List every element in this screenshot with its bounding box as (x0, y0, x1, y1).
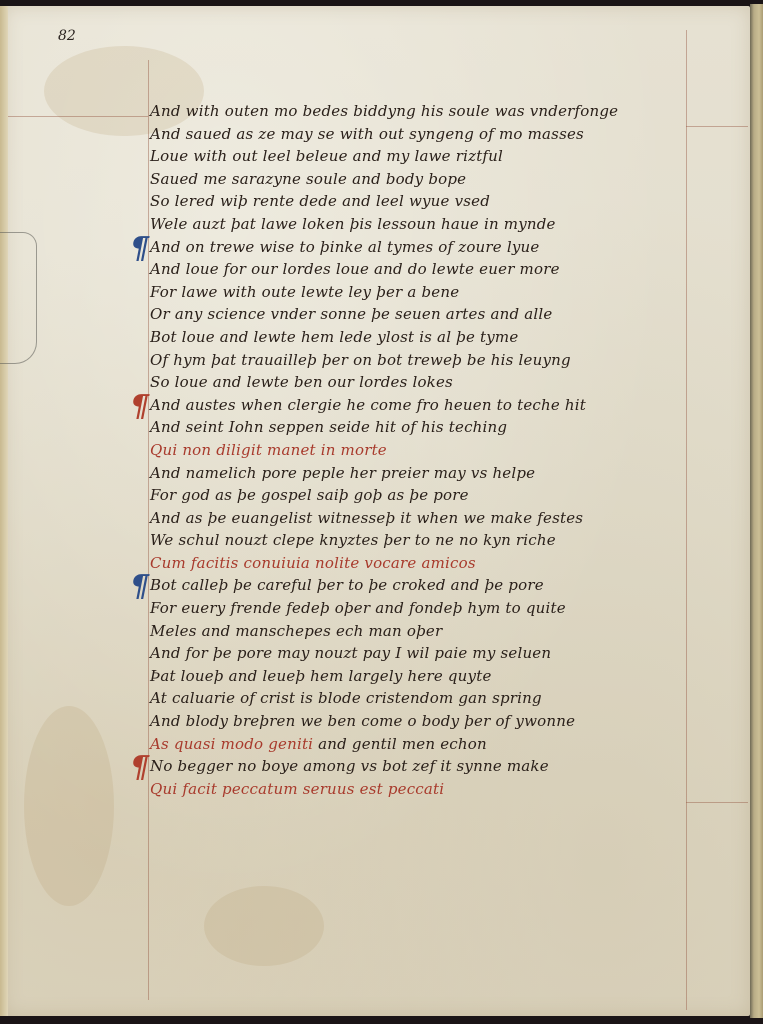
red-paragraph-mark-icon: ¶ (130, 392, 149, 422)
text-line: And blody breþren we ben come o body þer… (150, 710, 730, 733)
text-line: For lawe with oute lewte ley þer a bene (150, 281, 730, 304)
text-line: And seint Iohn seppen seide hit of his t… (150, 416, 730, 439)
stain (204, 886, 324, 966)
text-line: Meles and manschepes ech man oþer (150, 620, 730, 643)
text-line: And for þe pore may nouzt pay I wil paie… (150, 642, 730, 665)
page-left-edge (0, 6, 8, 1016)
text-line: So loue and lewte ben our lordes lokes (150, 371, 730, 394)
bottom-ruling-line-right (686, 802, 748, 803)
left-ruling-line (148, 60, 149, 1000)
text-line: Bot loue and lewte hem lede ylost is al … (150, 326, 730, 349)
rubric-line: Qui non diligit manet in morte (150, 439, 730, 462)
text-line: And with outen mo bedes biddyng his soul… (150, 100, 730, 123)
rubric-segment: As quasi modo geniti (150, 735, 313, 753)
top-ruling-line-left (8, 116, 148, 117)
text-line: And loue for our lordes loue and do lewt… (150, 258, 730, 281)
red-paragraph-mark-icon: ¶ (130, 753, 149, 783)
text-line: Wele auzt þat lawe loken þis lessoun hau… (150, 213, 730, 236)
text-line: Or any science vnder sonne þe seuen arte… (150, 303, 730, 326)
blue-paragraph-mark-icon: ¶ (130, 572, 149, 602)
text-line: For euery frende fedeþ oþer and fondeþ h… (150, 597, 730, 620)
stain (24, 706, 114, 906)
text-line: Saued me sarazyne soule and body bope (150, 168, 730, 191)
page-clip (0, 232, 37, 364)
text-line: And namelich pore peple her preier may v… (150, 462, 730, 485)
rubric-line: Cum facitis conuiuia nolite vocare amico… (150, 552, 730, 575)
text-line: So lered wiþ rente dede and leel wyue vs… (150, 190, 730, 213)
text-line: And as þe euangelist witnesseþ it when w… (150, 507, 730, 530)
rubric-line: Qui facit peccatum seruus est peccati (150, 778, 730, 801)
text-line: ¶No begger no boye among vs bot zef it s… (150, 755, 730, 778)
manuscript-text: And with outen mo bedes biddyng his soul… (150, 100, 730, 800)
text-line: At caluarie of crist is blode cristendom… (150, 687, 730, 710)
text-line: Loue with out leel beleue and my lawe ri… (150, 145, 730, 168)
blue-paragraph-mark-icon: ¶ (130, 234, 149, 264)
text-line: For god as þe gospel saiþ goþ as þe pore (150, 484, 730, 507)
text-line: ¶And austes when clergie he come fro heu… (150, 394, 730, 417)
folio-number: 82 (58, 28, 76, 44)
text-line: ¶Bot calleþ þe careful þer to þe croked … (150, 574, 730, 597)
text-line: And saued as ze may se with out syngeng … (150, 123, 730, 146)
text-line: We schul nouzt clepe knyztes þer to ne n… (150, 529, 730, 552)
text-line: Þat loueþ and leueþ hem largely here quy… (150, 665, 730, 688)
page-fore-edge (750, 4, 763, 1018)
text-line: ¶And on trewe wise to þinke al tymes of … (150, 236, 730, 259)
text-line: As quasi modo geniti and gentil men echo… (150, 733, 730, 756)
text-line: Of hym þat trauailleþ þer on bot treweþ … (150, 349, 730, 372)
